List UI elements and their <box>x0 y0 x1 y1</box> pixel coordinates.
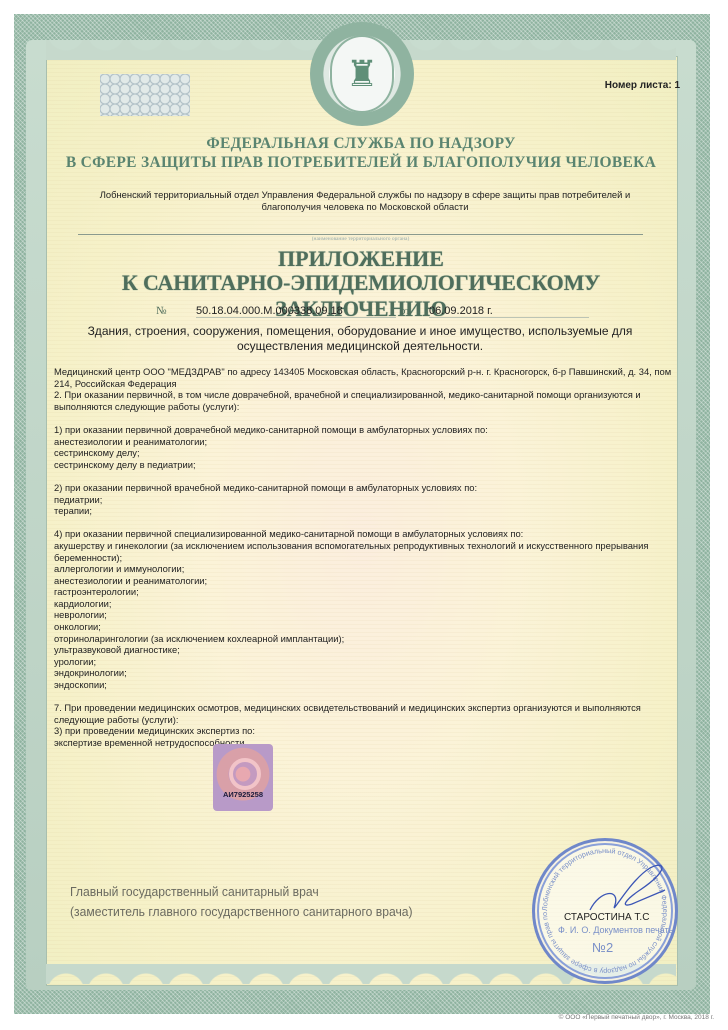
body-line: неврологии; <box>54 609 684 621</box>
body-line: акушерству и гинекологии (за исключением… <box>54 540 684 563</box>
territorial-body: Лобненский территориальный отдел Управле… <box>70 189 660 213</box>
body-line: урологии; <box>54 656 684 668</box>
body-line: 4) при оказании первичной специализирова… <box>54 528 684 540</box>
agency-name-line1: ФЕДЕРАЛЬНАЯ СЛУЖБА ПО НАДЗОРУ <box>46 135 676 153</box>
document-date: 06.09.2018 г. <box>429 305 589 318</box>
body-line: Медицинский центр ООО "МЕДЗДРАВ" по адре… <box>54 366 684 389</box>
body-line: онкологии; <box>54 621 684 633</box>
signer-position-line2: (заместитель главного государственного с… <box>70 902 413 922</box>
printer-copyright: © ООО «Первый печатный двор», г. Москва,… <box>559 1014 714 1021</box>
hologram-seal: АИ7925258 <box>213 744 273 811</box>
document-body: Медицинский центр ООО "МЕДЗДРАВ" по адре… <box>54 366 684 749</box>
divider <box>78 234 643 235</box>
document-title-line1: ПРИЛОЖЕНИЕ <box>46 246 676 272</box>
paragraph-gap <box>54 691 684 703</box>
double-headed-eagle-icon: ♜ <box>330 35 394 113</box>
body-line: анестезиологии и реаниматологии; <box>54 436 684 448</box>
body-line: терапии; <box>54 505 684 517</box>
stamp-number: №2 <box>592 940 613 955</box>
body-line: анестезиологии и реаниматологии; <box>54 575 684 587</box>
body-line: кардиологии; <box>54 598 684 610</box>
body-line: ультразвуковой диагностике; <box>54 644 684 656</box>
body-line: аллергологии и иммунологии; <box>54 563 684 575</box>
stamp-caption: Ф. И. О. Документов печать <box>558 925 673 935</box>
paragraph-gap <box>54 412 684 424</box>
body-line: 3) при проведении медицинских экспертиз … <box>54 725 684 737</box>
document-subject: Здания, строения, сооружения, помещения,… <box>60 324 660 354</box>
signer-position-line1: Главный государственный санитарный врач <box>70 882 413 902</box>
paragraph-gap <box>54 470 684 482</box>
signer-name: СТАРОСТИНА Т.С <box>564 912 649 923</box>
body-line: 7. При проведении медицинских осмотров, … <box>54 702 684 725</box>
from-label: от <box>400 305 410 317</box>
handwritten-signature <box>570 860 680 920</box>
body-line: оториноларингологии (за исключением кохл… <box>54 633 684 645</box>
body-line: экспертизе временной нетрудоспособности. <box>54 737 684 749</box>
number-sign: № <box>156 305 167 317</box>
coat-of-arms-emblem: ♜ <box>310 22 414 126</box>
signer-position: Главный государственный санитарный врач … <box>70 882 413 922</box>
paragraph-gap <box>54 517 684 529</box>
hologram-serial: АИ7925258 <box>223 790 263 799</box>
body-line: эндоскопии; <box>54 679 684 691</box>
hologram-logo-icon <box>229 758 261 790</box>
body-line: педиатрии; <box>54 494 684 506</box>
document-number-row: № 50.18.04.000.М.000338.09.18 от 06.09.2… <box>46 305 676 321</box>
security-pattern <box>100 74 190 116</box>
body-line: 1) при оказании первичной доврачебной ме… <box>54 424 684 436</box>
body-line: эндокринологии; <box>54 667 684 679</box>
body-line: сестринскому делу; <box>54 447 684 459</box>
document-number: 50.18.04.000.М.000338.09.18 <box>196 305 396 318</box>
body-line: гастроэнтерологии; <box>54 586 684 598</box>
agency-name-line2: В СФЕРЕ ЗАЩИТЫ ПРАВ ПОТРЕБИТЕЛЕЙ И БЛАГО… <box>46 154 676 172</box>
body-line: 2) при оказании первичной врачебной меди… <box>54 482 684 494</box>
territorial-caption: (наименование территориального органа) <box>78 236 643 242</box>
body-line: сестринскому делу в педиатрии; <box>54 459 684 471</box>
sheet-number: Номер листа: 1 <box>605 80 680 91</box>
body-line: 2. При оказании первичной, в том числе д… <box>54 389 684 412</box>
